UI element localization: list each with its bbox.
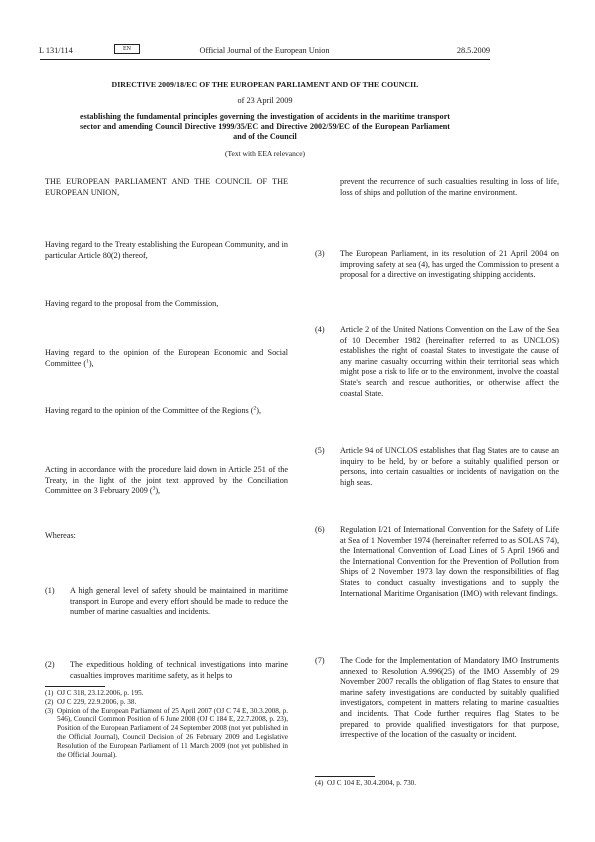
recital-text: A high general level of safety should be… (70, 586, 288, 618)
footnote-divider-right (315, 776, 375, 777)
recital-3: (3) The European Parliament, in its reso… (315, 249, 559, 281)
citation-regions: Having regard to the opinion of the Comm… (45, 406, 288, 417)
footnote-text: Opinion of the European Parliament of 25… (57, 707, 288, 759)
recital-text: Article 2 of the United Nations Conventi… (340, 325, 559, 399)
footnote-text: OJ C 229, 22.9.2006, p. 38. (57, 698, 136, 706)
footnote-divider-left (45, 686, 105, 687)
recital-number: (4) (315, 325, 335, 336)
recital-number: (7) (315, 656, 335, 667)
footnote-3: (3) Opinion of the European Parliament o… (45, 707, 288, 760)
recital-2: (2) The expeditious holding of technical… (45, 660, 288, 681)
recital-text: The European Parliament, in its resoluti… (340, 249, 559, 281)
recital-text: The Code for the Implementation of Manda… (340, 656, 559, 741)
recital-text: prevent the recurrence of such casualtie… (340, 177, 559, 198)
footnotes-right: (4) OJ C 104 E, 30.4.2004, p. 730. (315, 779, 559, 788)
recital-number: (2) (45, 660, 65, 671)
recital-5: (5) Article 94 of UNCLOS establishes tha… (315, 446, 559, 488)
recital-6: (6) Regulation I/21 of International Con… (315, 525, 559, 599)
recital-text: The expeditious holding of technical inv… (70, 660, 288, 681)
footnote-2: (2) OJ C 229, 22.9.2006, p. 38. (45, 698, 288, 707)
footnote-text: OJ C 104 E, 30.4.2004, p. 730. (327, 779, 416, 787)
footnote-mark: (4) (315, 779, 323, 788)
citation-treaty: Having regard to the Treaty establishing… (45, 240, 288, 261)
footnote-4: (4) OJ C 104 E, 30.4.2004, p. 730. (315, 779, 559, 788)
footnote-text: OJ C 318, 23.12.2006, p. 195. (57, 689, 143, 697)
recital-number: (3) (315, 249, 335, 260)
whereas-label: Whereas: (45, 531, 288, 542)
footnote-mark: (3) (45, 707, 53, 716)
recital-1: (1) A high general level of safety shoul… (45, 586, 288, 618)
preamble-intro: THE EUROPEAN PARLIAMENT AND THE COUNCIL … (45, 177, 288, 198)
recital-2-continuation: prevent the recurrence of such casualtie… (315, 177, 559, 198)
recital-text: Article 94 of UNCLOS establishes that fl… (340, 446, 559, 488)
recital-number: (1) (45, 586, 65, 597)
recital-number: (6) (315, 525, 335, 536)
citation-proposal: Having regard to the proposal from the C… (45, 299, 288, 310)
footnote-mark: (2) (45, 698, 53, 707)
footnote-mark: (1) (45, 689, 53, 698)
citation-eesc: Having regard to the opinion of the Euro… (45, 348, 288, 369)
citation-procedure: Acting in accordance with the procedure … (45, 465, 288, 497)
recital-7: (7) The Code for the Implementation of M… (315, 656, 559, 741)
recital-text: Regulation I/21 of International Convent… (340, 525, 559, 599)
footnotes-left: (1) OJ C 318, 23.12.2006, p. 195. (2) OJ… (45, 689, 288, 759)
footnote-1: (1) OJ C 318, 23.12.2006, p. 195. (45, 689, 288, 698)
recital-4: (4) Article 2 of the United Nations Conv… (315, 325, 559, 399)
right-column: prevent the recurrence of such casualtie… (315, 0, 559, 842)
recital-number: (5) (315, 446, 335, 457)
